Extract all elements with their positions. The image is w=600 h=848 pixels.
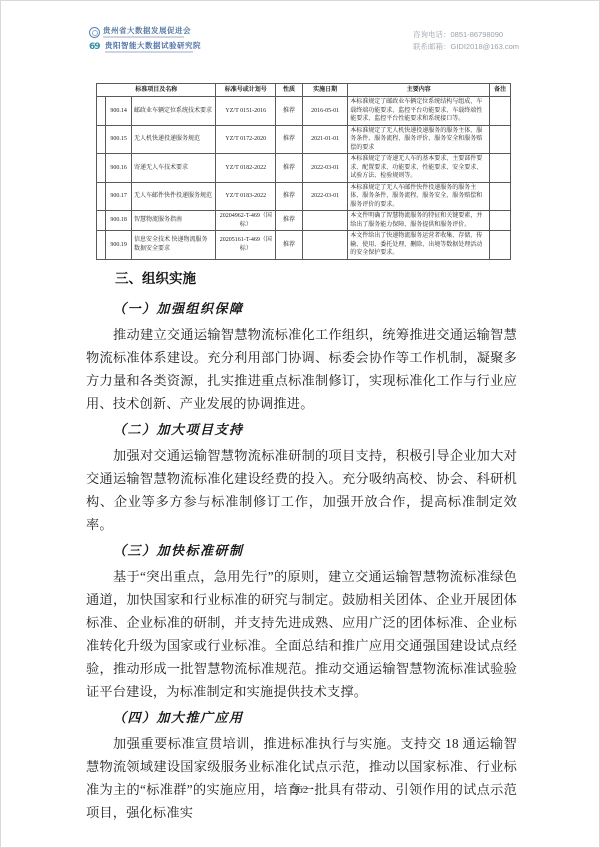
- cell-main: 本标准规定了寄递无人车的基本要求、主要部件要求、配置要求、功能要求、性能要求、安…: [348, 154, 490, 183]
- cell-remark: [490, 125, 511, 154]
- table-header-row: 标准项目及名称 标准号或计划号 性质 实施日期 主要内容 备注: [97, 84, 511, 97]
- section-title: 三、组织实施: [86, 267, 517, 291]
- page-header: 贵州省大数据发展促进会 69 贵阳智能大数据试验研究院 咨询电话：0851-86…: [89, 27, 519, 53]
- cell-date: 2022-03-01: [302, 154, 347, 183]
- cell-std: YZ/T 0183-2022: [216, 182, 276, 211]
- cell-main: 本标准规定了无人车邮件快件投递服务的服务主体、服务条件、服务流程、服务安全、服务…: [348, 182, 490, 211]
- org2-name: 贵阳智能大数据试验研究院: [105, 42, 201, 50]
- table-row: 900.15 无人机快递投递服务规范 YZ/T 0172-2020 推荐 202…: [97, 125, 511, 154]
- cell-main: 本文件明确了智慧物流服务的特征和关键要素，并给出了服务能力保障、服务提供和服务评…: [348, 211, 490, 231]
- cell-date: [302, 211, 347, 231]
- paragraph-2: 加强对交通运输智慧物流标准研制的项目支持，积极引导企业加大对交通运输智慧物流标准…: [86, 444, 517, 536]
- subsection-2-title: （二）加大项目支持: [86, 418, 517, 442]
- org2-logo-icon: 69: [89, 42, 102, 53]
- cell-nature: 推荐: [276, 154, 303, 183]
- cell-std: 20205161-T-469（国标）: [216, 231, 276, 260]
- org1-name: 贵州省大数据发展促进会: [103, 27, 191, 35]
- cell-date: 2021-01-01: [302, 125, 347, 154]
- table-row: 900.16 寄递无人车技术要求 YZ/T 0182-2022 推荐 2022-…: [97, 154, 511, 183]
- cell-name: 无人机快递投递服务规范: [132, 125, 216, 154]
- cell-nature: 推荐: [276, 211, 303, 231]
- standards-table: 标准项目及名称 标准号或计划号 性质 实施日期 主要内容 备注 900.14 邮…: [96, 83, 511, 260]
- cell-remark: [490, 182, 511, 211]
- cell-id: 900.18: [106, 211, 132, 231]
- cell-date: [302, 231, 347, 260]
- table-row: 900.19 信息安全技术 快递物流服务数据安全要求 20205161-T-46…: [97, 231, 511, 260]
- document-page: 贵州省大数据发展促进会 69 贵阳智能大数据试验研究院 咨询电话：0851-86…: [0, 0, 600, 848]
- subsection-1-title: （一）加强组织保障: [86, 297, 517, 321]
- cell-main: 本文件给出了快递物流服务运营者收集、存储、传输、使用、委托处理、删除、出境等数据…: [348, 231, 490, 260]
- org2-subtitle-line: [105, 51, 193, 53]
- subsection-3-title: （三）加快标准研制: [86, 539, 517, 563]
- cell-std: YZ/T 0182-2022: [216, 154, 276, 183]
- paragraph-1: 推动建立交通运输智慧物流标准化工作组织，统筹推进交通运输智慧物流标准体系建设。充…: [86, 323, 517, 415]
- col-header-project: 标准项目及名称: [97, 84, 216, 97]
- contact-email: 联系邮箱：GIDI2018@163.com: [413, 41, 519, 53]
- cell-std: YZ/T 0172-2020: [216, 125, 276, 154]
- paragraph-4: 加强重要标准宣贯培训，推进标准执行与实施。支持交 18 通运输智慧物流领域建设国…: [86, 732, 517, 824]
- cell-remark: [490, 231, 511, 260]
- paragraph-3: 基于“突出重点，急用先行”的原则，建立交通运输智慧物流标准绿色通道，加快国家和行…: [86, 565, 517, 703]
- org2-row: 69 贵阳智能大数据试验研究院: [89, 42, 201, 53]
- cell-nature: 推荐: [276, 97, 303, 126]
- cell-remark: [490, 154, 511, 183]
- table-row: 900.17 无人车邮件快件投递服务规范 YZ/T 0183-2022 推荐 2…: [97, 182, 511, 211]
- cell-name: 寄递无人车技术要求: [132, 154, 216, 183]
- col-header-std-no: 标准号或计划号: [216, 84, 276, 97]
- cell-main: 本标准规定了无人机快递投递服务的服务主体、服务条件、服务流程、服务评价、服务安全…: [348, 125, 490, 154]
- contact-info: 咨询电话：0851-86798090 联系邮箱：GIDI2018@163.com: [413, 27, 519, 53]
- cell-main: 本标准规定了邮政业车辆定位系统结构与组成、车载终端功能要求、监控平台功能要求、车…: [348, 97, 490, 126]
- cell-id: 900.14: [106, 97, 132, 126]
- table-row: 900.18 智慧物流服务指南 20204962-T-469（国标） 推荐 本文…: [97, 211, 511, 231]
- contact-phone: 咨询电话：0851-86798090: [413, 29, 519, 41]
- subsection-4-title: （四）加大推广应用: [86, 706, 517, 730]
- cell-name: 智慧物流服务指南: [132, 211, 216, 231]
- cell-date: 2016-05-01: [302, 97, 347, 126]
- cell-id: 900.16: [106, 154, 132, 183]
- cell-remark: [490, 211, 511, 231]
- cell-remark: [490, 97, 511, 126]
- org1-row: 贵州省大数据发展促进会: [89, 27, 201, 38]
- col-header-nature: 性质: [276, 84, 303, 97]
- col-header-remark: 备注: [490, 84, 511, 97]
- cell-date: 2022-03-01: [302, 182, 347, 211]
- col-header-main: 主要内容: [348, 84, 490, 97]
- cell-name: 无人车邮件快件投递服务规范: [132, 182, 216, 211]
- cell-name: 信息安全技术 快递物流服务数据安全要求: [132, 231, 216, 260]
- col-header-date: 实施日期: [302, 84, 347, 97]
- cell-std: YZ/T 0151-2016: [216, 97, 276, 126]
- org1-subtitle-line: [103, 36, 184, 38]
- cell-nature: 推荐: [276, 231, 303, 260]
- logo-block: 贵州省大数据发展促进会 69 贵阳智能大数据试验研究院: [89, 27, 201, 53]
- cell-id: 900.15: [106, 125, 132, 154]
- page-number: 262: [1, 784, 599, 796]
- cell-name: 邮政业车辆定位系统技术要求: [132, 97, 216, 126]
- org1-logo-icon: [89, 27, 100, 38]
- document-body: 三、组织实施 （一）加强组织保障 推动建立交通运输智慧物流标准化工作组织，统筹推…: [86, 267, 517, 827]
- table-row: 900.14 邮政业车辆定位系统技术要求 YZ/T 0151-2016 推荐 2…: [97, 97, 511, 126]
- cell-id: 900.19: [106, 231, 132, 260]
- cell-std: 20204962-T-469（国标）: [216, 211, 276, 231]
- cell-id: 900.17: [106, 182, 132, 211]
- cell-nature: 推荐: [276, 182, 303, 211]
- cell-nature: 推荐: [276, 125, 303, 154]
